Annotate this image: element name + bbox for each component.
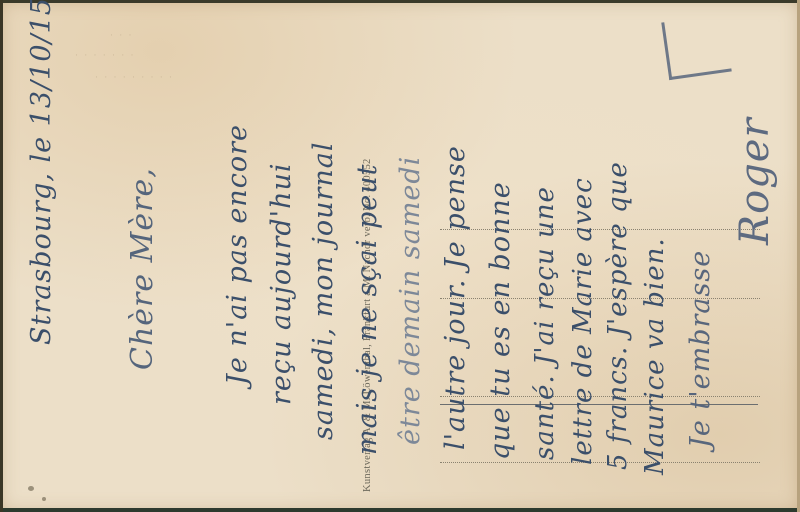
letter-line-5: être demain samedi: [395, 156, 426, 445]
card-edge-top: [0, 0, 800, 3]
faded-print-1: · · ·: [110, 30, 134, 40]
letter-line-8: santé. J'ai reçu une: [530, 186, 560, 460]
letter-line-10: 5 francs. J'espère que: [603, 161, 633, 470]
salutation: Chère Mère,: [125, 167, 160, 370]
place-date: Strasbourg, le 13/10/15: [26, 0, 57, 345]
signature-flourish: [661, 14, 731, 80]
postcard-back: · · · · · · · · · · · · · · · · · · · Ku…: [0, 0, 800, 512]
letter-line-4: mais je ne sçai peut: [352, 164, 383, 455]
letter-line-1: Je n'ai pas encore: [222, 124, 253, 385]
letter-line-11: Maurice va bien.: [640, 237, 670, 475]
letter-line-3: samedi, mon journal: [308, 142, 339, 441]
faded-print-2: · · · · · · ·: [75, 50, 135, 60]
letter-line-7: que tu es en bonne: [485, 181, 516, 460]
card-edge-left: [0, 0, 3, 512]
ink-stain: [42, 497, 46, 501]
signature: Roger: [732, 117, 778, 245]
letter-line-2: reçu aujourd'hui: [266, 162, 297, 405]
letter-line-12: Je t'embrasse: [685, 250, 716, 448]
letter-line-9: lettre de Marie avec: [568, 177, 598, 465]
ink-stain: [28, 486, 34, 491]
address-line-4: [440, 462, 760, 463]
letter-line-6: l'autre jour. Je pense: [440, 145, 471, 450]
faded-print-3: · · · · · · · · ·: [95, 72, 174, 82]
card-edge-bottom: [0, 508, 800, 512]
